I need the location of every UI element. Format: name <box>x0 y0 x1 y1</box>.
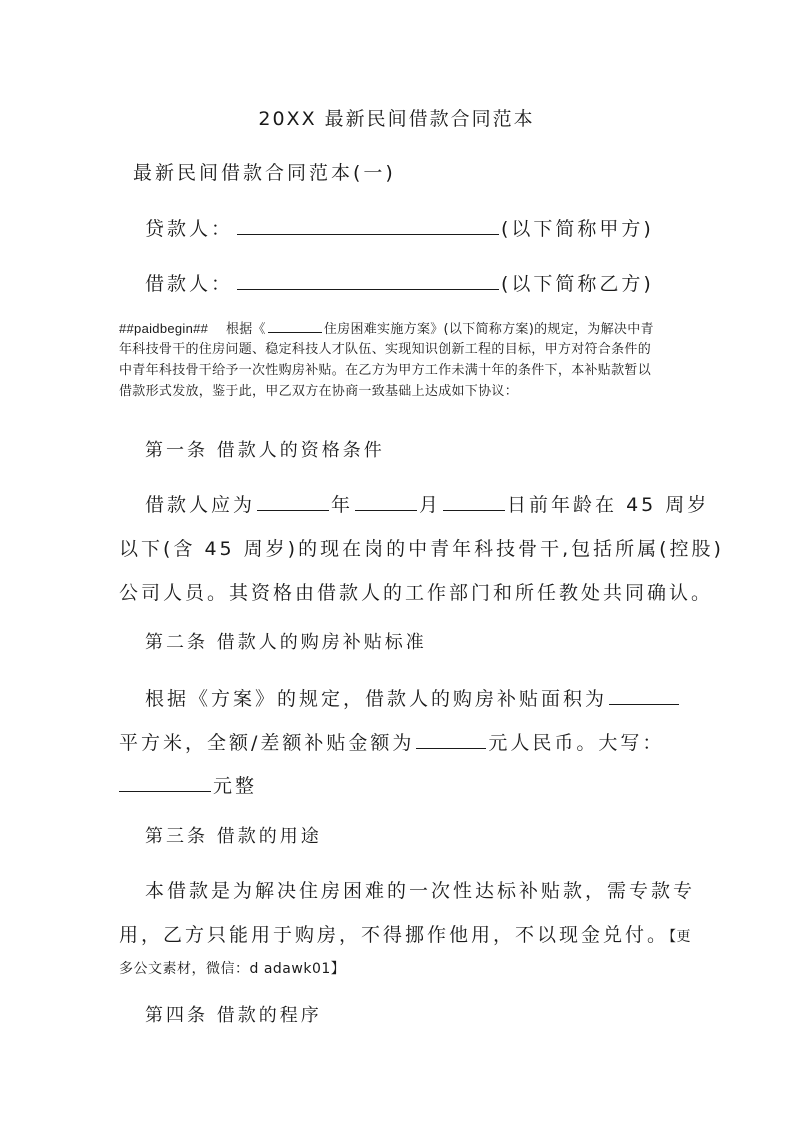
article-1-heading: 第一条 借款人的资格条件 <box>145 436 385 462</box>
article-3-line-2: 用，乙方只能用于购房，不得挪作他用，不以现金兑付。【更 <box>119 920 679 947</box>
preamble-line-1: ##paidbegin## 根据《住房困难实施方案》(以下简称方案)的规定，为解… <box>119 318 654 340</box>
article-2-line-1: 根据《方案》的规定，借款人的购房补贴面积为 <box>145 684 705 711</box>
paid-marker: ##paidbegin## <box>119 321 208 336</box>
month-blank[interactable] <box>355 492 417 511</box>
article-1-line-1: 借款人应为年月日前年龄在 45 周岁 <box>145 490 705 517</box>
article-text: 年 <box>331 494 353 516</box>
lender-label: 贷款人： <box>145 218 233 240</box>
preamble-line-4: 借款形式发放，鉴于此，甲乙双方在协商一致基础上达成如下协议： <box>119 381 518 402</box>
article-2-line-3: 元整 <box>119 771 679 798</box>
article-1-line-2: 以下(含 45 周岁)的现在岗的中青年科技骨干,包括所属(控股) <box>119 534 679 561</box>
borrower-label: 借款人： <box>145 273 233 295</box>
article-3-heading: 第三条 借款的用途 <box>145 822 322 848</box>
borrower-line: 借款人：(以下简称乙方) <box>145 269 654 296</box>
article-2-line-2: 平方米，全额/差额补贴金额为元人民币。大写： <box>119 728 679 755</box>
day-blank[interactable] <box>443 492 505 511</box>
article-text: 平方米，全额/差额补贴金额为 <box>119 732 414 754</box>
article-3-line-1: 本借款是为解决住房困难的一次性达标补贴款，需专款专 <box>145 876 705 903</box>
document-title: 20XX 最新民间借款合同范本 <box>0 104 793 131</box>
promo-note-line: 多公文素材，微信：d adawk01】 <box>119 958 679 978</box>
preamble-line-3: 中青年科技骨干给予一次性购房补贴。在乙方为甲方工作未满十年的条件下，本补贴款暂以 <box>119 360 651 381</box>
preamble-text: 住房困难实施方案》(以下简称方案)的规定，为解决中青 <box>324 322 654 337</box>
amount-blank[interactable] <box>416 730 486 749</box>
borrower-name-blank[interactable] <box>237 271 499 290</box>
article-text: 日前年龄在 45 周岁 <box>507 494 709 516</box>
area-blank[interactable] <box>609 686 679 705</box>
article-text: 元人民币。大写： <box>488 732 664 754</box>
lender-line: 贷款人：(以下简称甲方) <box>145 214 654 241</box>
article-text: 根据《方案》的规定，借款人的购房补贴面积为 <box>145 688 607 710</box>
article-text: 月 <box>419 494 441 516</box>
preamble-line-2: 年科技骨干的住房问题、稳定科技人才队伍、实现知识创新工程的目标，甲方对符合条件的 <box>119 339 651 360</box>
promo-note: 【更 <box>669 929 691 945</box>
article-2-heading: 第二条 借款人的购房补贴标准 <box>145 628 427 654</box>
article-text: 用，乙方只能用于购房，不得挪作他用，不以现金兑付。 <box>119 924 669 946</box>
article-text: 元整 <box>213 775 257 797</box>
contract-subtitle: 最新民间借款合同范本(一) <box>133 158 396 185</box>
lender-name-blank[interactable] <box>237 216 499 235</box>
article-text: 借款人应为 <box>145 494 255 516</box>
amount-words-blank[interactable] <box>119 773 211 792</box>
article-1-line-3: 公司人员。其资格由借款人的工作部门和所任教处共同确认。 <box>119 578 679 605</box>
borrower-suffix: (以下简称乙方) <box>501 273 654 295</box>
article-4-heading: 第四条 借款的程序 <box>145 1001 322 1027</box>
plan-name-blank[interactable] <box>268 320 322 333</box>
preamble-text: 根据《 <box>226 322 266 337</box>
lender-suffix: (以下简称甲方) <box>501 218 654 240</box>
year-blank[interactable] <box>257 492 329 511</box>
